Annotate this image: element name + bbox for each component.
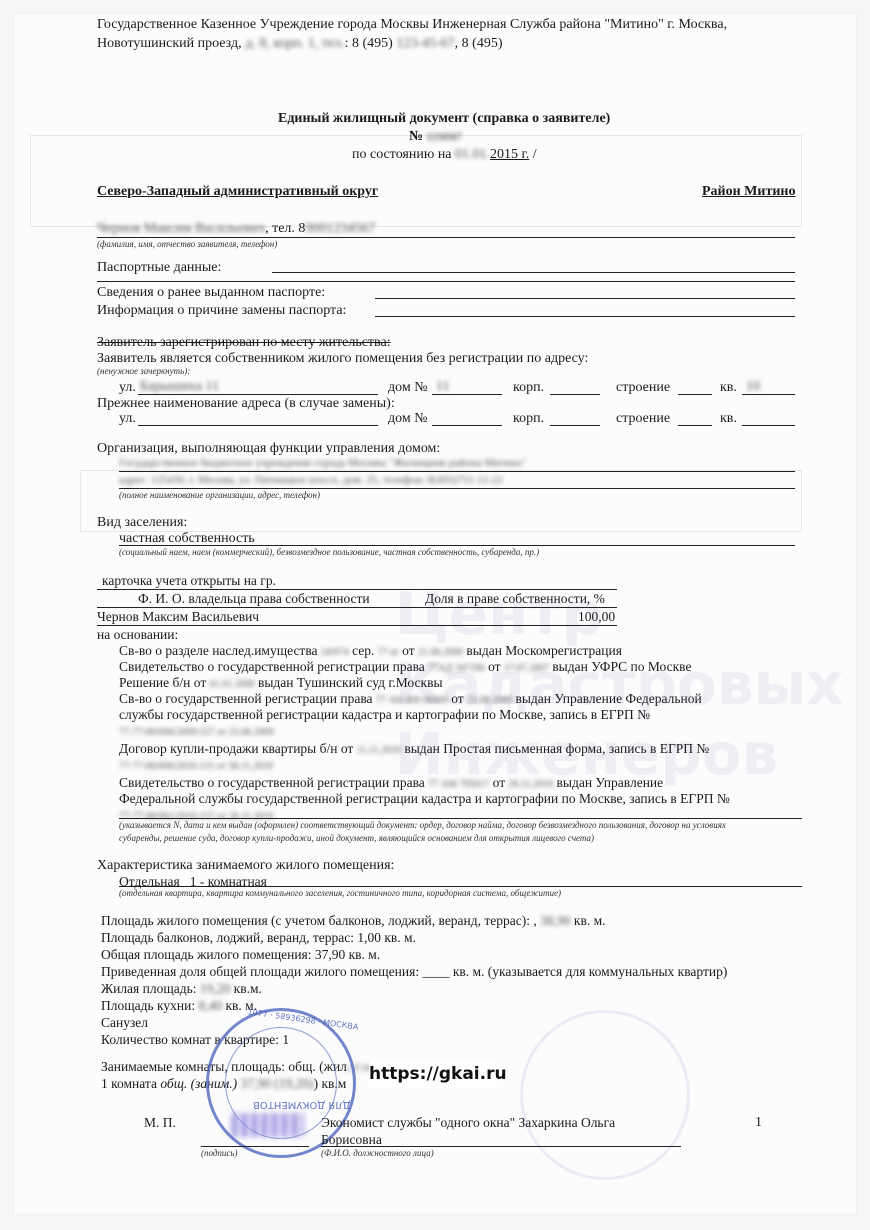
former-korp-label: корп. [513,410,544,427]
applicant-phone-label: , тел. 8 [265,221,305,236]
basis-text: Свидетельство о государственной регистра… [119,775,428,790]
owner-without-registration-label: Заявитель является собственником жилого … [97,350,588,367]
basis-text: сер. [349,643,378,658]
owners-col-name: Ф. И. О. владельца права собственности [138,590,370,607]
replace-reason-field[interactable] [375,316,795,317]
passport-field[interactable] [272,272,795,273]
document-number: № 1234567 [409,128,462,146]
apt-value: 10 [746,378,760,395]
apt-field[interactable] [742,394,795,395]
org-address-redacted: д. 8, корп. 1, тел. [245,35,345,52]
org-phone-1: : 8 (495) [345,36,393,51]
as-of-year: 2015 г. [490,147,529,162]
former-address-label: Прежнее наименование адреса (в случае за… [97,395,395,412]
owners-col-share: Доля в праве собственности, % [425,590,605,607]
basis-text: Св-во о государственной регистрации прав… [119,691,376,706]
raion: Район Митино [702,183,795,200]
area-balconies: Площадь балконов, лоджий, веранд, террас… [101,929,416,946]
area-living-unit: кв.м. [234,981,262,996]
bathroom: Санузел [101,1014,148,1031]
number-value: 1234567 [427,129,462,146]
applicant-caption: (фамилия, имя, отчество заявителя, телеф… [97,239,277,250]
account-card-label: карточка учета открыты на гр. [102,572,276,589]
official-caption: (Ф.И.О. должностного лица) [321,1148,434,1159]
basis-text: от [448,691,467,706]
basis-label: на основании: [97,626,178,643]
signature-line [201,1146,309,1147]
basis-text: выдан Управление Федеральной [512,691,702,706]
house-field[interactable] [432,394,502,395]
basis-caption-1: (указывается N, дата и кем выдан (оформл… [119,820,726,831]
area-living-redacted: 19,20 [200,980,230,997]
korp-label: корп. [513,379,544,396]
basis-item: Федеральной службы государственной регис… [119,790,730,807]
basis-text: от [489,775,508,790]
apt-redacted: 10 [746,378,760,395]
apt-label: кв. [720,379,737,396]
former-street-field[interactable] [138,425,378,426]
area-living-label: Жилая площадь: [101,981,197,996]
basis-redacted: 77-77-00/000/2010-115 от 30.11.2010 [119,758,273,775]
signature [232,1113,304,1137]
basis-text: Св-во о разделе наслед.имущества [119,643,321,658]
applicant-phone-redacted: 9001234567 [305,220,375,237]
applicant: Чернов Максим Васильевич, тел. 890012345… [97,220,375,237]
management-line-1-redacted: Государственное бюджетное учреждение гор… [119,457,526,469]
house-value: 11 [436,378,449,395]
org-address-label: Новотушинский проезд, [97,36,242,51]
former-street-label: ул. [119,410,136,427]
basis-text: Договор купли-продажи квартиры б/н от [119,741,357,756]
occupancy-label: Вид заселения: [97,514,187,531]
basis-text: службы государственной регистрации кадас… [119,707,650,722]
basis-text: от [399,643,418,658]
area-with-balconies-redacted: 38,90 [540,912,570,929]
basis-text: выдан Управление [553,775,663,790]
area-with-balconies-label: Площадь жилого помещения (с учетом балко… [101,913,537,928]
korp-field[interactable] [550,394,600,395]
basis-item: 77-77-00/000/2009-557 от 25.06.2009 [119,722,274,741]
management-underline-1 [119,471,795,472]
former-apt-label: кв. [720,410,737,427]
management-label: Организация, выполняющая функции управле… [97,440,440,457]
management-line-1: Государственное бюджетное учреждение гор… [119,457,526,469]
basis-text: Федеральной службы государственной регис… [119,791,730,806]
passport-label: Паспортные данные: [97,259,221,276]
premises-caption: (отдельная квартира, квартира коммунальн… [119,888,561,899]
org-line-2: Новотушинский проезд, д. 8, корп. 1, тел… [97,35,503,52]
as-of-suffix: / [533,147,537,162]
basis-item: 77-77-00/000/2010-115 от 30.11.2010 [119,756,273,775]
registered-label-struck: Заявитель зарегистрирован по месту жител… [97,334,391,351]
basis-text: Решение б/н от [119,675,210,690]
basis-text: выдан Москомрегистрация [463,643,622,658]
official-line-1: Экономист службы "одного окна" Захаркина… [321,1114,615,1131]
passport-field-2[interactable] [97,281,795,282]
org-phone-redacted: 123-45-67 [396,35,454,52]
street-redacted: Барышиха 11 [140,378,219,395]
official-name-line [321,1146,681,1147]
management-line-2: адрес: 125430, г. Москва, ул. Пятницкое … [119,474,503,486]
replace-reason-label: Информация о причине замены паспорта: [97,302,346,319]
as-of-date: по состоянию на 01.01.2015 г. / [352,146,537,163]
signature-caption: (подпись) [201,1148,238,1159]
basis-text: Свидетельство о государственной регистра… [119,659,428,674]
area-reduced-share: Приведенная доля общей площади жилого по… [101,963,727,980]
street-value: Барышиха 11 [140,378,219,395]
as-of-label: по состоянию на [352,147,452,162]
area-total: Общая площадь жилого помещения: 37,90 кв… [101,946,380,963]
house-label: дом № [388,379,428,396]
area-kitchen-label: Площадь кухни: [101,998,195,1013]
previous-passport-label: Сведения о ранее выданном паспорте: [97,284,325,301]
owner-share: 100,00 [578,608,615,625]
street-label: ул. [119,379,136,396]
applicant-underline [97,237,795,238]
management-caption: (полное наименование организации, адрес,… [119,490,320,501]
occupancy-caption: (социальный наем, наем (коммерческий), б… [119,547,539,558]
former-apt-field[interactable] [742,425,795,426]
mp-label: М. П. [144,1114,176,1131]
management-line-2-redacted: адрес: 125430, г. Москва, ул. Пятницкое … [119,474,503,486]
former-korp-field[interactable] [550,425,600,426]
area-kitchen: Площадь кухни: 8,40 кв. м. [101,997,257,1014]
building-label: строение [616,379,670,396]
premises-label: Характеристика занимаемого жилого помеще… [97,857,394,874]
org-phone-2: , 8 (495) [455,36,503,51]
basis-underline [119,818,802,819]
former-house-field[interactable] [432,425,502,426]
premises-underline [119,886,802,887]
basis-text: выдан Тушинский суд г.Москвы [255,675,443,690]
number-label: № [409,129,423,144]
org-line-1: Государственное Казенное Учреждение горо… [97,16,727,33]
bleed-through-stamp [520,1010,690,1180]
basis-item: службы государственной регистрации кадас… [119,706,650,723]
previous-passport-field[interactable] [375,298,795,299]
basis-redacted: 17.07.2007 [504,660,549,677]
basis-redacted: 77-77-00/000/2009-557 от 25.06.2009 [119,724,274,741]
house-redacted: 11 [436,378,449,395]
owner-name: Чернов Максим Васильевич [97,608,259,625]
area-with-balconies-unit: кв. м. [574,913,606,928]
occupancy-underline [119,545,795,546]
management-underline-2 [119,488,795,489]
document-title: Единый жилищный документ (справка о заяв… [278,110,610,127]
area-with-balconies: Площадь жилого помещения (с учетом балко… [101,912,606,929]
applicant-name-redacted: Чернов Максим Васильевич [97,220,265,237]
basis-redacted: 11.11.2010 [357,742,401,759]
site-url-badge[interactable]: https://gkai.ru [369,1060,497,1088]
cross-out-hint: (ненужное зачеркнуть): [97,366,190,377]
basis-text: выдан УФРС по Москве [549,659,692,674]
as-of-date-redacted: 01.01. [455,146,490,163]
former-house-label: дом № [388,410,428,427]
basis-caption-2: субаренды, решение суда, договор купли-п… [119,833,594,844]
basis-text: выдан Простая письменная форма, запись в… [401,741,709,756]
area-kitchen-redacted: 8,40 [198,997,222,1014]
page-number: 1 [755,1114,762,1131]
okrug: Северо-Западный административный округ [97,183,378,200]
basis-text: от [485,659,504,674]
former-building-label: строение [616,410,670,427]
area-living: Жилая площадь: 19,20 кв.м. [101,980,262,997]
former-building-field[interactable] [678,425,712,426]
stamp-inner-text: ДЛЯ ДОКУМЕНТОВ [253,1099,351,1110]
building-field[interactable] [678,394,712,395]
room-line-prefix: 1 комната [101,1076,157,1091]
